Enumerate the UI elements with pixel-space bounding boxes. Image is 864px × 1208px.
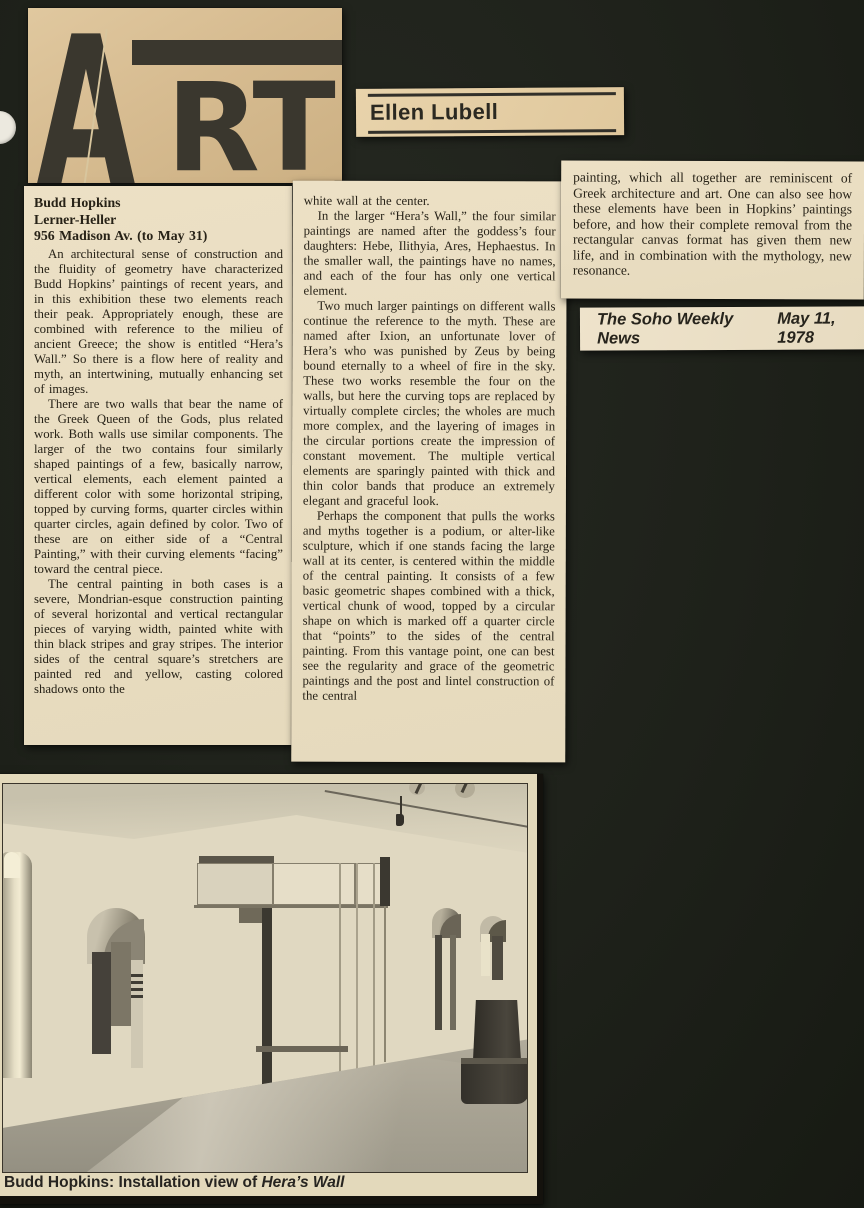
- central-post-right: [380, 857, 390, 906]
- article-paragraph: white wall at the center.: [304, 194, 556, 210]
- painting-right-wall-1: [432, 908, 461, 1032]
- masthead-clipping: A RT: [28, 8, 342, 183]
- caption-work-title: Hera’s Wall: [261, 1174, 344, 1191]
- heading-gallery: Lerner-Heller: [34, 212, 283, 229]
- publication-name: The Soho Weekly News: [597, 309, 768, 348]
- painting-vertical-element: [492, 936, 503, 980]
- byline-clipping: Ellen Lubell: [356, 87, 624, 137]
- byline-author: Ellen Lubell: [368, 92, 616, 134]
- scrapbook-page: A RT Ellen Lubell Budd Hopkins Lerner-He…: [0, 0, 864, 1208]
- article-paragraph: There are two walls that bear the name o…: [34, 397, 283, 577]
- painting-vertical-element: [481, 934, 490, 976]
- photo-caption: Budd Hopkins: Installation view of Hera’…: [4, 1174, 531, 1196]
- article-paragraph: Two much larger paintings on different w…: [303, 299, 556, 510]
- podium-base: [461, 1058, 528, 1104]
- article-paragraph: The central painting in both cases is a …: [34, 577, 283, 697]
- heading-address-dates: 956 Madison Av. (to May 31): [34, 228, 283, 245]
- article-paragraph: In the larger “Hera’s Wall,” the four si…: [303, 209, 555, 300]
- art-logo: A RT: [28, 8, 342, 183]
- painting-vertical-element: [111, 942, 131, 1026]
- punch-hole-top: [0, 111, 16, 144]
- spotlight-arm: [461, 783, 469, 793]
- article-column-3: painting, which all together are reminis…: [561, 160, 864, 299]
- spotlight-arm: [415, 783, 423, 794]
- central-lintel-top: [199, 856, 274, 863]
- caption-text: Budd Hopkins: Installation view of: [4, 1174, 261, 1191]
- photo-clipping: Budd Hopkins: Installation view of Hera’…: [0, 774, 543, 1204]
- painting-vertical-element: [450, 935, 456, 1030]
- central-rail: [194, 905, 388, 908]
- central-thin-line: [356, 863, 358, 1071]
- art-logo-letter-a: A: [36, 10, 136, 183]
- central-thin-line: [339, 863, 341, 1075]
- heading-artist: Budd Hopkins: [34, 195, 283, 212]
- painting-left-edge: [2, 852, 32, 1078]
- painting-vertical-element: [435, 935, 442, 1030]
- painting-left-wall: [87, 908, 151, 1058]
- central-lintel: [197, 863, 387, 905]
- art-logo-letters-rt: RT: [166, 67, 334, 183]
- article-column-1: Budd Hopkins Lerner-Heller 956 Madison A…: [24, 186, 292, 745]
- central-post-left: [262, 908, 272, 1090]
- central-thin-line: [384, 906, 386, 1062]
- central-thin-line: [373, 863, 375, 1067]
- photo-border: [0, 1196, 543, 1204]
- article-paragraph: painting, which all together are reminis…: [573, 170, 852, 279]
- lintel-panel: [198, 864, 272, 904]
- painting-right-wall-2: [479, 916, 507, 982]
- article-paragraph: An architectural sense of construction a…: [34, 247, 283, 397]
- central-base-rail: [256, 1046, 348, 1052]
- publication-date: May 11, 1978: [777, 309, 864, 347]
- hanging-fixture: [396, 814, 404, 826]
- article-heading: Budd Hopkins Lerner-Heller 956 Madison A…: [34, 195, 283, 245]
- article-column-2: white wall at the center. In the larger …: [291, 181, 567, 763]
- source-clipping: The Soho Weekly News May 11, 1978: [580, 306, 864, 350]
- podium-sculpture: [473, 1000, 521, 1060]
- painting-vertical-element: [131, 960, 143, 1068]
- painting-vertical-element: [92, 952, 111, 1054]
- article-paragraph: Perhaps the component that pulls the wor…: [302, 509, 555, 705]
- lintel-divider: [272, 864, 274, 904]
- painting-stripes: [131, 974, 143, 1000]
- gallery-photo: [2, 783, 528, 1173]
